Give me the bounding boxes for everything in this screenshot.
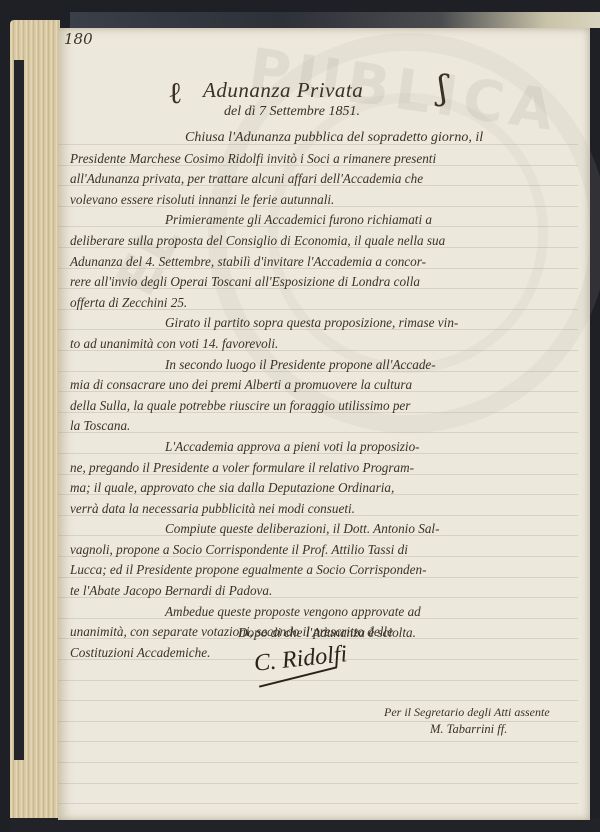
- secretary-line: Per il Segretario degli Atti assente: [384, 705, 550, 720]
- text-line: to ad unanimità con voti 14. favorevoli.: [70, 334, 582, 355]
- text-line: volevano essere risoluti innanzi le feri…: [70, 190, 582, 211]
- title-flourish-right: ʃ: [438, 68, 447, 108]
- ruled-line: [58, 762, 578, 763]
- text-line: vagnoli, propone a Socio Corrispondente …: [70, 540, 582, 561]
- page-number: 180: [64, 30, 93, 48]
- manuscript-page: PUBLICA EL 180 ℓ Adunanza Privata del dì…: [58, 28, 590, 820]
- cover-top-edge: [70, 12, 600, 28]
- minutes-body: Chiusa l'Adunanza pubblica del sopradett…: [70, 128, 582, 663]
- text-line: Girato il partito sopra questa proposizi…: [70, 313, 582, 334]
- text-line: ne, pregando il Presidente a voler formu…: [70, 458, 582, 479]
- text-line: In secondo luogo il Presidente propone a…: [70, 355, 582, 376]
- text-line: deliberare sulla proposta del Consiglio …: [70, 231, 582, 252]
- ruled-line: [58, 741, 578, 742]
- text-line: mia di consacrare uno dei premi Alberti …: [70, 375, 582, 396]
- text-line: Ambedue queste proposte vengono approvat…: [70, 602, 582, 623]
- ruled-line: [58, 783, 578, 784]
- document-date: del dì 7 Settembre 1851.: [224, 104, 360, 120]
- title-flourish-left: ℓ: [168, 76, 182, 111]
- text-line: Lucca; ed il Presidente propone egualmen…: [70, 560, 582, 581]
- ruled-line: [58, 700, 578, 701]
- text-line: Presidente Marchese Cosimo Ridolfi invit…: [70, 149, 582, 170]
- text-line: te l'Abate Jacopo Bernardi di Padova.: [70, 581, 582, 602]
- text-line: Primieramente gli Accademici furono rich…: [70, 210, 582, 231]
- text-line: Chiusa l'Adunanza pubblica del sopradett…: [70, 128, 582, 149]
- text-line: all'Adunanza privata, per trattare alcun…: [70, 169, 582, 190]
- closing-statement: Dopo di che l'Adunanza è sciolta.: [238, 625, 416, 641]
- ruled-line: [58, 680, 578, 681]
- text-line: verrà data la necessaria pubblicità nei …: [70, 499, 582, 520]
- text-line: la Toscana.: [70, 416, 582, 437]
- text-line: della Sulla, la quale potrebbe riuscire …: [70, 396, 582, 417]
- secretary-signature: M. Tabarrini ff.: [430, 722, 507, 737]
- cover-bottom-edge: [10, 818, 600, 832]
- binding-spine: [14, 60, 24, 760]
- document-title: Adunanza Privata: [203, 78, 363, 103]
- text-line: ma; il quale, approvato che sia dalla De…: [70, 478, 582, 499]
- text-line: rere all'invio degli Operai Toscani all'…: [70, 272, 582, 293]
- ruled-line: [58, 803, 578, 804]
- text-line: Compiute queste deliberazioni, il Dott. …: [70, 519, 582, 540]
- text-line: offerta di Zecchini 25.: [70, 293, 582, 314]
- text-line: L'Accademia approva a pieni voti la prop…: [70, 437, 582, 458]
- text-line: Adunanza del 4. Settembre, stabilì d'inv…: [70, 252, 582, 273]
